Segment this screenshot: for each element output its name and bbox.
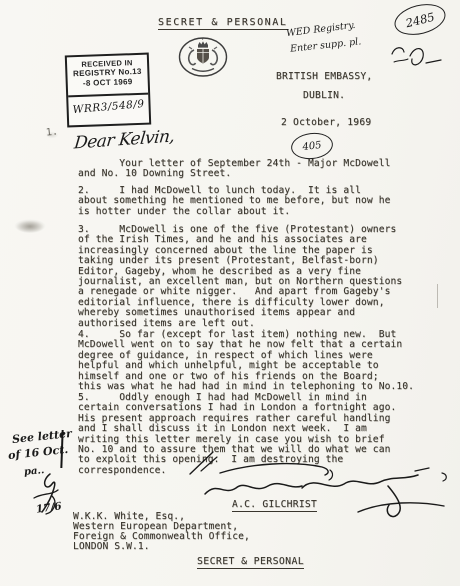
- smudge-artifact: [14, 219, 46, 233]
- registry-note-line1: WED Registry.: [286, 20, 356, 39]
- salutation-script: Dear Kelvin,: [73, 126, 175, 153]
- body-paragraph-1: Your letter of September 24th - Major Mc…: [78, 159, 390, 180]
- margin-note-date: 17/6: [35, 500, 62, 515]
- body-paragraph-3: 3. McDowell is one of the five (Protesta…: [78, 225, 402, 329]
- margin-note-line3: pa..: [24, 465, 45, 478]
- typed-signature-name: A.C. GILCHRIST: [232, 499, 317, 512]
- received-stamp: RECEIVED IN REGISTRY No.13 -8 OCT 1969 W…: [65, 53, 151, 128]
- classification-footer: SECRET & PERSONAL: [197, 556, 304, 569]
- circled-number-405: 405: [290, 131, 335, 162]
- circled-number-2485: 2485: [391, 0, 448, 40]
- margin-note-line2: of 16 Oct.: [7, 443, 68, 462]
- recipient-address: W.K.K. White, Esq., Western European Dep…: [73, 512, 250, 552]
- body-paragraph-2: 2. I had McDowell to lunch today. It is …: [78, 186, 390, 217]
- body-paragraph-5: 5. Oddly enough I had had McDowell in mi…: [78, 393, 396, 476]
- margin-mark-top: 1.: [45, 126, 58, 138]
- registry-initials-scrawl-icon: [386, 38, 446, 70]
- letter-page: SECRET & PERSONAL RECEIVED IN REGISTRY N…: [0, 0, 460, 586]
- royal-crest-icon: [177, 35, 229, 79]
- letter-date: 2 October, 1969: [281, 117, 371, 128]
- body-paragraph-4: 4. So far (except for last item) nothing…: [78, 330, 414, 392]
- scan-line-artifact: [437, 284, 438, 308]
- letterhead-org: BRITISH EMBASSY,: [276, 71, 372, 82]
- registry-note-line2: Enter supp. pl.: [290, 36, 362, 54]
- received-stamp-text: RECEIVED IN REGISTRY No.13 -8 OCT 1969: [67, 55, 148, 98]
- letterhead-city: DUBLIN.: [303, 90, 345, 101]
- stamp-handwritten-ref: WRR3/548/9: [68, 98, 149, 117]
- classification-header: SECRET & PERSONAL: [158, 17, 288, 30]
